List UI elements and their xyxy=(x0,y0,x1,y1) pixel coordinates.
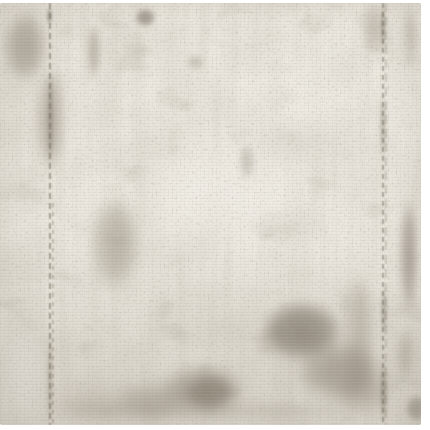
product-photo-canvas xyxy=(0,0,430,430)
rug-weave-overlay xyxy=(0,3,421,425)
rug-image xyxy=(0,3,421,425)
